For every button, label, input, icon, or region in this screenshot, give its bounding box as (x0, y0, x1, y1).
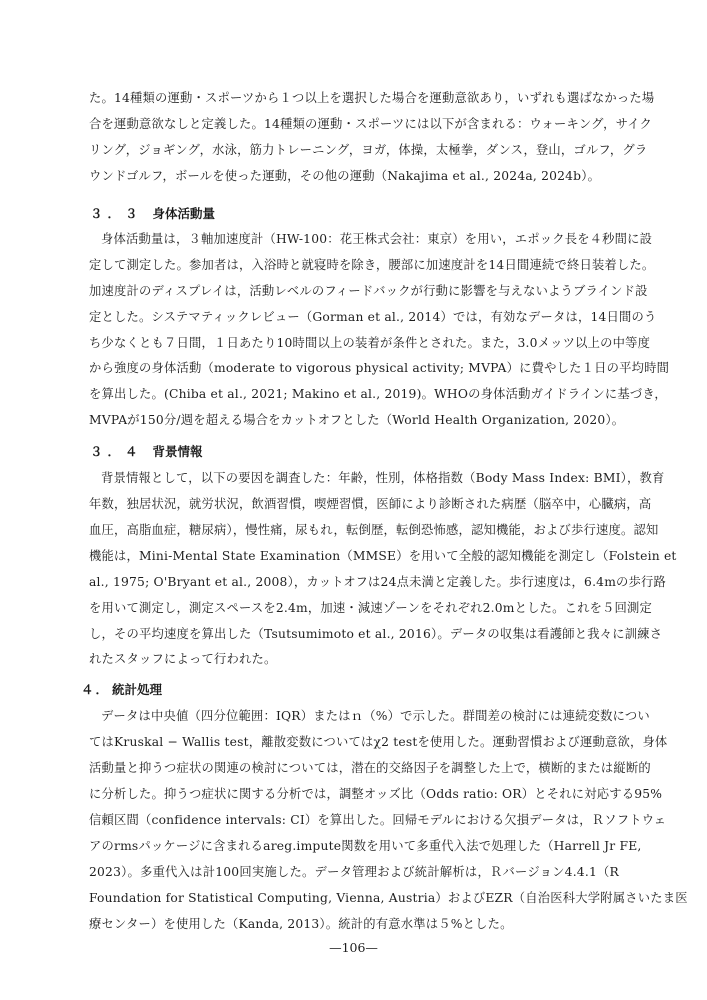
text-line: アのrmsパッケージに含まれるareg.impute関数を用いて多重代入法で処理… (89, 836, 619, 856)
text-line: を用いて測定し，測定スペースを2.4m，加速・減速ゾーンをそれぞれ2.0mとした… (89, 598, 619, 618)
section-heading-4: ４．統計処理 (81, 680, 162, 700)
text-line: 活動量と抑うつ症状の関連の検討については，潜在的交絡因子を調整した上で，横断的ま… (89, 758, 619, 778)
text-line: 合を運動意欲なしと定義した。14種類の運動・スポーツには以下が含まれる：ウォーキ… (89, 114, 619, 134)
text-line: 定して測定した。参加者は，入浴時と就寝時を除き，腰部に加速度計を14日間連続で終… (89, 255, 619, 275)
section-number: ４． (81, 680, 110, 700)
section-title: 背景情報 (153, 444, 203, 459)
text-line: から強度の身体活動（moderate to vigorous physical … (89, 358, 619, 378)
text-line: Foundation for Statistical Computing, Vi… (89, 888, 619, 908)
text-line: ち少なくとも７日間，１日あたり10時間以上の装着が条件とされた。また，3.0メッ… (89, 333, 619, 353)
text-line: を算出した。(Chiba et al., 2021; Makino et al.… (89, 384, 619, 404)
section-heading-3-4: ３．４背景情報 (90, 442, 203, 462)
text-line: 療センター）を使用した（Kanda, 2013）。統計的有意水準は５%とした。 (89, 914, 619, 934)
text-line: 2023）。多重代入は計100回実施した。データ管理および統計解析は，Ｒバージョ… (89, 862, 619, 882)
page-number: —106— (0, 938, 707, 958)
text-line: に分析した。抑うつ症状に関する分析では，調整オッズ比（Odds ratio: O… (89, 784, 619, 804)
text-line: し，その平均速度を算出した（Tsutsumimoto et al., 2016）… (89, 624, 619, 644)
section-number: ３．４ (90, 442, 143, 462)
text-line: 年数，独居状況，就労状況，飲酒習慣，喫煙習慣，医師により診断された病歴（脳卒中，… (89, 494, 619, 514)
text-line: 身体活動量は，３軸加速度計（HW-100：花王株式会社：東京）を用い，エポック長… (101, 229, 619, 249)
text-line: れたスタッフによって行われた。 (89, 649, 619, 669)
section-number: ３．３ (90, 204, 143, 224)
text-line: 機能は，Mini-Mental State Examination（MMSE）を… (89, 546, 619, 566)
text-line: た。14種類の運動・スポーツから１つ以上を選択した場合を運動意欲あり，いずれも選… (89, 88, 619, 108)
section-title: 統計処理 (112, 682, 162, 697)
text-line: 加速度計のディスプレイは，活動レベルのフィードバックが行動に影響を与えないようブ… (89, 281, 619, 301)
text-line: データは中央値（四分位範囲：IQR）またはｎ（%）で示した。群間差の検討には連続… (101, 706, 619, 726)
text-line: てはKruskal − Wallis test，離散変数についてはχ2 test… (89, 732, 619, 752)
text-line: 血圧，高脂血症，糖尿病），慢性痛，尿もれ，転倒歴，転倒恐怖感，認知機能，および歩… (89, 520, 619, 540)
section-heading-3-3: ３．３身体活動量 (90, 204, 215, 224)
text-line: al., 1975; O'Bryant et al., 2008），カットオフは… (89, 572, 619, 592)
section-title: 身体活動量 (153, 206, 216, 221)
text-line: ウンドゴルフ，ボールを使った運動，その他の運動（Nakajima et al.,… (89, 166, 619, 186)
text-line: 背景情報として，以下の要因を調査した：年齢，性別，体格指数（Body Mass … (101, 468, 619, 488)
text-line: MVPAが150分/週を超える場合をカットオフとした（World Health … (89, 410, 619, 430)
document-page: た。14種類の運動・スポーツから１つ以上を選択した場合を運動意欲あり，いずれも選… (0, 0, 707, 1000)
text-line: 定とした。システマティックレビュー（Gorman et al., 2014）では… (89, 307, 619, 327)
text-line: 信頼区間（confidence intervals: CI）を算出した。回帰モデ… (89, 810, 619, 830)
text-line: リング，ジョギング，水泳，筋力トレーニング，ヨガ，体操，太極拳，ダンス，登山，ゴ… (89, 140, 619, 160)
